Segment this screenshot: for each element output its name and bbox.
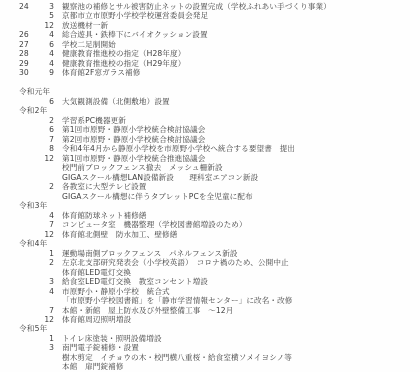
month-cell: 6 [37, 97, 54, 106]
spacer-row [0, 78, 420, 87]
timeline-row: 1運動場南側ブロックフェンス パネルフェンス新設 [0, 249, 420, 258]
entry-text: 南門電子錠補修・設置 [62, 343, 139, 352]
entry-text: 学習系PC機器更新 [62, 116, 126, 125]
timeline-row: 7本館・新館 屋上防水及び外壁整備工事 ～12月 [0, 306, 420, 315]
entry-text: 総合遊具・鉄棒下にバイオクッション設置 [62, 30, 208, 39]
timeline-row: 3給食室LED電灯交換 教室コンセント増設 [0, 277, 420, 286]
timeline-row: 2左京北支部研究発表会（小学校英語） コロナ禍のため、公開中止 [0, 258, 420, 267]
era-label: 令和3年 [19, 201, 47, 210]
entry-text: 体育館周辺照明増設 [62, 315, 131, 324]
timeline-row: 2学習系PC機器更新 [0, 116, 420, 125]
month-cell: 1 [37, 249, 54, 258]
timeline-row: 4市原野小・静原小学校 統合式 [0, 287, 420, 296]
timeline-row: 2各教室に大型テレビ設置 [0, 182, 420, 191]
entry-text: 大気観測設備（北側敷地）設置 [62, 97, 170, 106]
entry-text: 第1回市原野・静原小学校統合検討協議会 [62, 125, 205, 134]
entry-text: 体育館2F窓ガラス補修 [62, 68, 140, 77]
era-label: 令和2年 [19, 106, 47, 115]
timeline-row: 8令和4年4月から静原小学校を市原野小学校へ統合する要望書 提出 [0, 144, 420, 153]
entry-text: 健康教育推進校の指定（H28年度） [62, 49, 185, 58]
year-cell: 28 [19, 49, 37, 58]
month-cell: 8 [37, 144, 54, 153]
entry-text: 校門前ブロックフェンス撤去 メッシュ柵新設 [62, 163, 223, 172]
month-cell: 7 [37, 135, 54, 144]
month-cell: 3 [37, 343, 54, 352]
month-cell: 4 [37, 211, 54, 220]
chronology-document: 243観察池の補修とサル被害防止ネットの設置完成（学校ふれあい手づくり事業）5京… [0, 0, 420, 372]
timeline-row: 5京都市立市原野小学校学校運営委員会発足 [0, 11, 420, 20]
month-cell: 4 [37, 30, 54, 39]
timeline-row: 本館 扉門錠補修 [0, 362, 420, 371]
entry-text: 各教室に大型テレビ設置 [62, 182, 146, 191]
entry-text: 本館・新館 屋上防水及び外壁整備工事 ～12月 [62, 306, 233, 315]
month-cell: 4 [37, 59, 54, 68]
timeline-row: 284健康教育推進校の指定（H28年度） [0, 49, 420, 58]
entry-text: 健康教育推進校の指定（H29年度） [62, 59, 185, 68]
year-cell: 27 [19, 40, 37, 49]
timeline-row: 294健康教育推進校の指定（H29年度） [0, 59, 420, 68]
era-label: 令和4年 [19, 239, 47, 248]
timeline-row: 12体育館北側壁 防水加工、壁修繕 [0, 230, 420, 239]
era-label: 令和元年 [19, 87, 50, 96]
month-cell: 1 [37, 334, 54, 343]
timeline-row: 7コンピュータ室 機器整理（学校図書館増設のため） [0, 220, 420, 229]
entry-text: 学校二足制開始 [62, 40, 116, 49]
entry-text: 給食室LED電灯交換 教室コンセント増設 [62, 277, 208, 286]
timeline-row: 「市原野小学校図書館」を「静市学習情報センター」に改名・改修 [0, 296, 420, 305]
timeline-row: 6大気観測設備（北側敷地）設置 [0, 97, 420, 106]
timeline-row: 1トイレ床塗装・照明設備増設 [0, 334, 420, 343]
era-header-row: 令和2年 [0, 106, 420, 115]
year-cell: 26 [19, 30, 37, 39]
entry-text: 令和4年4月から静原小学校を市原野小学校へ統合する要望書 提出 [62, 144, 295, 153]
timeline-row: GIGAスクール構想LAN設備新設 理科室エアコン新設 [0, 173, 420, 182]
timeline-row: 12体育館周辺照明増設 [0, 315, 420, 324]
entry-text: 運動場南側ブロックフェンス パネルフェンス新設 [62, 249, 238, 258]
entry-text: GIGAスクール構想に伴うタブレットPCを全児童に配布 [62, 192, 253, 201]
entry-text: トイレ床塗装・照明設備増設 [62, 334, 162, 343]
entry-text: 体育館LED電灯交換 [62, 268, 131, 277]
timeline-row: 276学校二足制開始 [0, 40, 420, 49]
year-cell: 24 [19, 2, 37, 11]
era-header-row: 令和5年 [0, 324, 420, 333]
entry-text: 体育館防球ネット補修繕 [62, 211, 147, 220]
entry-text: 第2回市原野・静原小学校統合検討協議会 [62, 135, 205, 144]
entry-text: コンピュータ室 機器整理（学校図書館増設のため） [62, 220, 247, 229]
timeline-row: 樹木剪定 イチョウの木・校門横八重桜・給食室横ソメイヨシノ等 [0, 353, 420, 362]
timeline-row: 4体育館防球ネット補修繕 [0, 211, 420, 220]
entry-text: GIGAスクール構想LAN設備新設 理科室エアコン新設 [62, 173, 258, 182]
era-header-row: 令和3年 [0, 201, 420, 210]
month-cell: 2 [37, 258, 54, 267]
month-cell: 4 [37, 287, 54, 296]
entry-text: 「市原野小学校図書館」を「静市学習情報センター」に改名・改修 [62, 296, 293, 305]
era-header-row: 令和元年 [0, 87, 420, 96]
entry-text: 樹木剪定 イチョウの木・校門横八重桜・給食室横ソメイヨシノ等 [62, 353, 292, 362]
month-cell: 5 [37, 11, 54, 20]
month-cell: 12 [37, 154, 54, 163]
entry-text: 第1回市原野・静原小学校統合推進協議会 [62, 154, 205, 163]
timeline-row: 校門前ブロックフェンス撤去 メッシュ柵新設 [0, 163, 420, 172]
year-cell: 30 [19, 68, 37, 77]
year-cell: 29 [19, 59, 37, 68]
month-cell: 12 [37, 21, 54, 30]
month-cell: 12 [37, 230, 54, 239]
timeline-row: 309体育館2F窓ガラス補修 [0, 68, 420, 77]
entry-text: 左京北支部研究発表会（小学校英語） コロナ禍のため、公開中止 [62, 258, 289, 267]
entry-text: 京都市立市原野小学校学校運営委員会発足 [62, 11, 208, 20]
timeline-row: 264総合遊具・鉄棒下にバイオクッション設置 [0, 30, 420, 39]
month-cell: 6 [37, 125, 54, 134]
timeline-row: 6第1回市原野・静原小学校統合検討協議会 [0, 125, 420, 134]
era-label: 令和5年 [19, 324, 47, 333]
month-cell: 7 [37, 306, 54, 315]
era-header-row: 令和4年 [0, 239, 420, 248]
month-cell: 2 [37, 116, 54, 125]
month-cell: 4 [37, 49, 54, 58]
entry-text: 本館 扉門錠補修 [62, 362, 124, 371]
timeline-row: 体育館LED電灯交換 [0, 268, 420, 277]
timeline-row: 3南門電子錠補修・設置 [0, 343, 420, 352]
entry-text: 市原野小・静原小学校 統合式 [62, 287, 170, 296]
month-cell: 2 [37, 182, 54, 191]
month-cell: 3 [37, 2, 54, 11]
month-cell: 7 [37, 220, 54, 229]
month-cell: 6 [37, 40, 54, 49]
entry-text: 体育館北側壁 防水加工、壁修繕 [62, 230, 177, 239]
timeline-row: 12第1回市原野・静原小学校統合推進協議会 [0, 154, 420, 163]
timeline-row: GIGAスクール構想に伴うタブレットPCを全児童に配布 [0, 192, 420, 201]
month-cell: 9 [37, 68, 54, 77]
month-cell: 3 [37, 277, 54, 286]
timeline-row: 7第2回市原野・静原小学校統合検討協議会 [0, 135, 420, 144]
